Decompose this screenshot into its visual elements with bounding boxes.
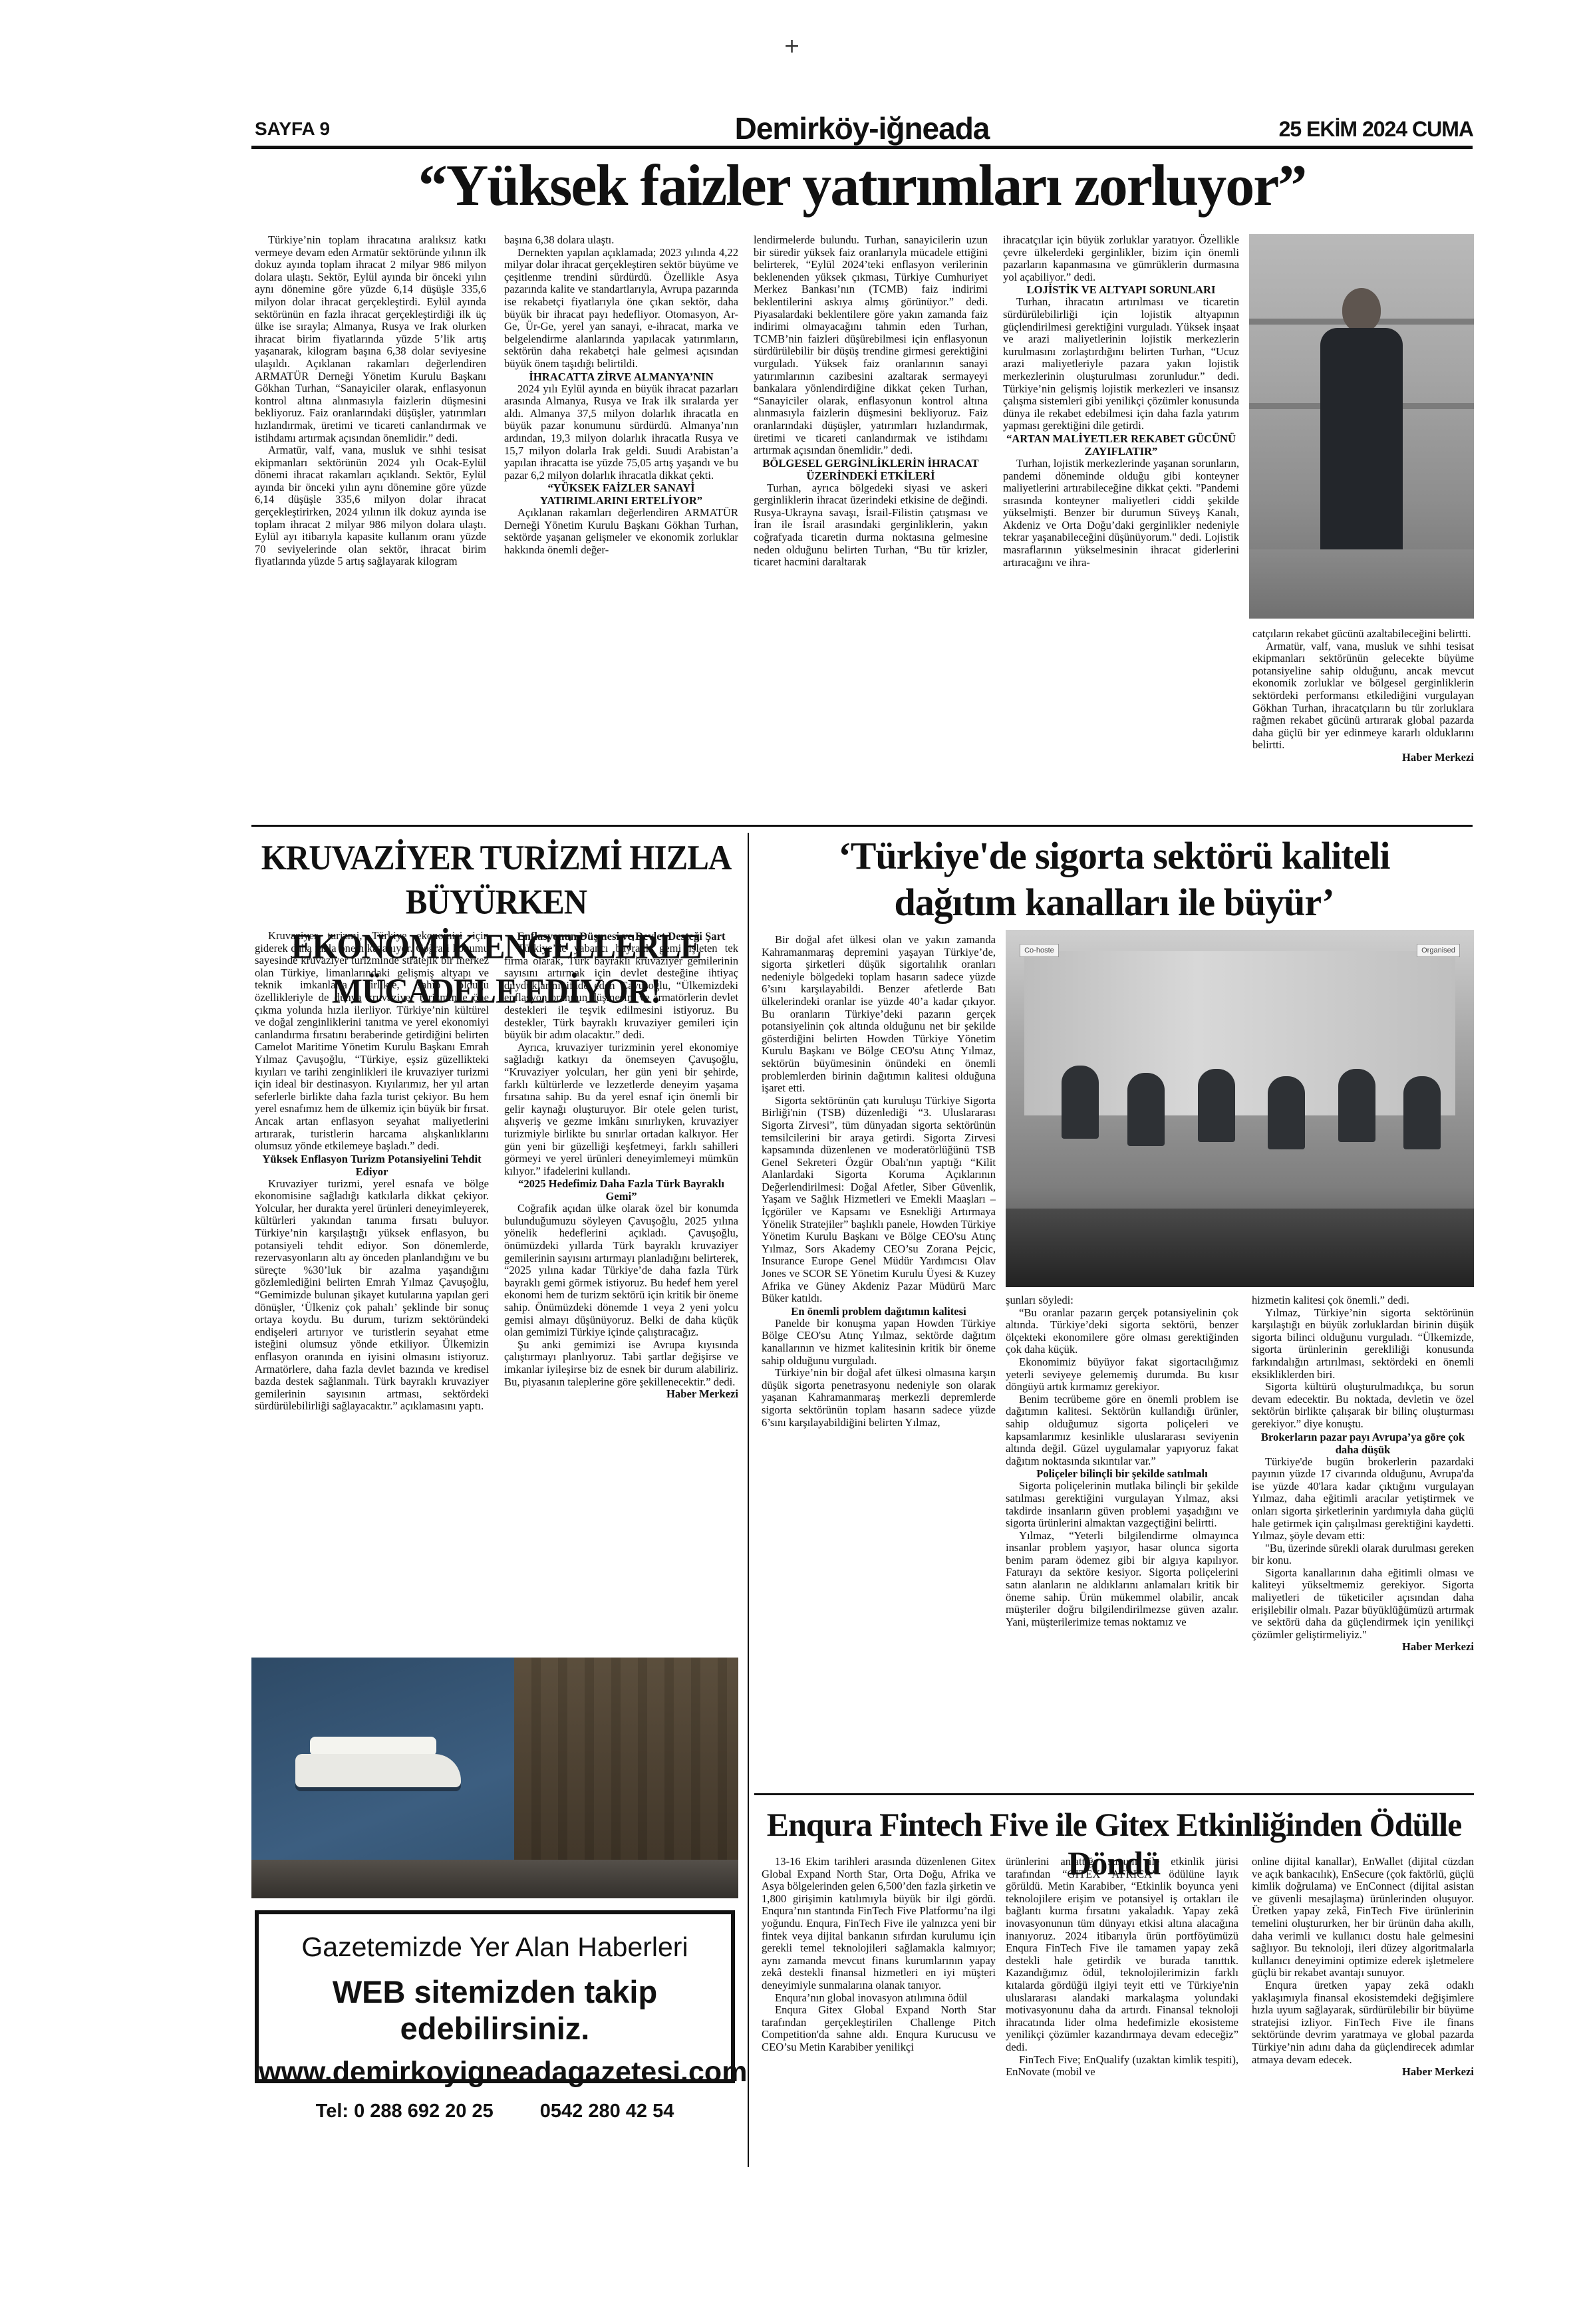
paragraph: Yılmaz, Türkiye’nin sigorta sektörünün k…: [1252, 1307, 1474, 1381]
paragraph: Sigorta kültürü oluşturulmadıkça, bu sor…: [1252, 1381, 1474, 1430]
subhead: LOJİSTİK VE ALTYAPI SORUNLARI: [1003, 283, 1239, 296]
stage-floor: [1006, 1209, 1474, 1287]
insurance-headline-line2: dağıtım kanalları ile büyür’: [754, 879, 1474, 926]
paragraph: Armatür, valf, vana, musluk ve sıhhi tes…: [255, 444, 486, 568]
paragraph: 13-16 Ekim tarihleri arasında düzenlenen…: [762, 1856, 996, 1992]
enqura-column-1: 13-16 Ekim tarihleri arasında düzenlenen…: [762, 1856, 996, 2303]
phone-1: Tel: 0 288 692 20 25: [316, 2101, 494, 2122]
paragraph: Yılmaz, “Yeterli bilgilendirme olmayınca…: [1006, 1530, 1238, 1629]
subhead: BÖLGESEL GERGİNLİKLERİN İHRACAT ÜZERİNDE…: [754, 457, 988, 482]
paragraph: Sigorta poliçelerinin mutlaka bilinçli b…: [1006, 1480, 1238, 1529]
paragraph: Enqura’nın global inovasyon atılımına öd…: [762, 1992, 996, 2005]
faiz-column-1: Türkiye’nin toplam ihracatına aralıksız …: [255, 234, 486, 821]
website-promo-box: Gazetemizde Yer Alan Haberleri WEB sitem…: [255, 1910, 735, 2083]
paragraph: Turhan, ayrıca bölgedeki siyasi ve asker…: [754, 482, 988, 569]
panelist-silhouette: [1127, 1073, 1165, 1146]
paragraph: Coğrafik açıdan ülke olarak özel bir kon…: [504, 1203, 738, 1339]
cruise-port-photo: [251, 1658, 738, 1898]
insurance-headline: ‘Türkiye'de sigorta sektörü kaliteli dağ…: [754, 833, 1474, 926]
subhead: İHRACATTA ZİRVE ALMANYA’NIN: [504, 370, 738, 383]
paragraph: Ayrıca, kruvaziyer turizminin yerel ekon…: [504, 1042, 738, 1178]
phone-2: 0542 280 42 54: [540, 2101, 674, 2122]
paragraph: Ekonomimiz büyüyor fakat sigortacılığımı…: [1006, 1356, 1238, 1393]
paragraph: lendirmelerde bulundu. Turhan, sanayicil…: [754, 234, 988, 457]
paragraph: Benim tecrübeme göre en önemli problem i…: [1006, 1393, 1238, 1468]
faiz-column-2: başına 6,38 dolara ulaştı.Dernekten yapı…: [504, 234, 738, 821]
paragraph: Turhan, ihracatın artırılması ve ticaret…: [1003, 296, 1239, 432]
byline: Haber Merkezi: [1252, 1641, 1474, 1654]
enqura-column-2: ürünlerini anlattığı sunum ile etkinlik …: [1006, 1856, 1238, 2303]
paragraph: Bir doğal afet ülkesi olan ve yakın zama…: [762, 934, 996, 1095]
insurance-column-2: şunları söyledi:“Bu oranlar pazarın gerç…: [1006, 1294, 1238, 1777]
paragraph: Enqura Gitex Global Expand North Star ta…: [762, 2004, 996, 2053]
cruise-headline-line1: KRUVAZİYER TURİZMİ HIZLA BÜYÜRKEN: [251, 835, 741, 925]
enqura-column-3: online dijital kanallar), EnWallet (diji…: [1252, 1856, 1474, 2303]
subhead: Enflasyonun Düşmesi ve Devlet Desteği Şa…: [504, 930, 738, 943]
insurance-panel-photo: Co-hoste Organised: [1006, 930, 1474, 1287]
armatur-chairman-photo: [1249, 234, 1474, 619]
paragraph: Enqura üretken yapay zekâ odaklı yaklaşı…: [1252, 1979, 1474, 2066]
paragraph: Panelde bir konuşma yapan Howden Türkiye…: [762, 1318, 996, 1367]
paragraph: Türkiye'de bugün brokerlerin pazardaki p…: [1252, 1456, 1474, 1542]
paragraph: Turhan, lojistik merkezlerinde yaşanan s…: [1003, 458, 1239, 569]
paragraph: “Bu oranlar pazarın gerçek potansiyelini…: [1006, 1307, 1238, 1356]
quay-area: [251, 1860, 738, 1898]
panel-badge-organiser: Organised: [1417, 944, 1460, 957]
paragraph: hizmetin kalitesi çok önemli.” dedi.: [1252, 1294, 1474, 1307]
paragraph: Dernekten yapılan açıklamada; 2023 yılın…: [504, 247, 738, 370]
promo-line-1: Gazetemizde Yer Alan Haberleri: [259, 1932, 731, 1963]
paragraph: catçıların rekabet gücünü azaltabileceği…: [1252, 628, 1474, 641]
section-divider-rule: [251, 825, 1473, 827]
panel-badge-cohost: Co-hoste: [1020, 944, 1059, 957]
enqura-top-rule: [754, 1793, 1474, 1795]
panelist-silhouette: [1198, 1069, 1235, 1142]
paragraph: ürünlerini anlattığı sunum ile etkinlik …: [1006, 1856, 1238, 2054]
cruise-ship: [295, 1754, 461, 1788]
subhead: Yüksek Enflasyon Turizm Potansiyelini Te…: [255, 1153, 489, 1178]
paragraph: şunları söyledi:: [1006, 1294, 1238, 1307]
panelist-silhouette: [1062, 1066, 1099, 1139]
paragraph: Kruvaziyer turizmi, Türkiye ekonomisi iç…: [255, 930, 489, 1153]
insurance-column-1: Bir doğal afet ülkesi olan ve yakın zama…: [762, 934, 996, 1777]
main-headline: “Yüksek faizler yatırımları zorluyor”: [251, 157, 1473, 216]
subhead: “YÜKSEK FAİZLER SANAYİ YATIRIMLARINI ERT…: [504, 482, 738, 507]
byline: Haber Merkezi: [1252, 2066, 1474, 2079]
photo-floor: [1249, 549, 1474, 619]
promo-line-2: WEB sitemizden takip edebilirsiniz.: [259, 1973, 731, 2047]
paragraph: Kruvaziyer turizmi, yerel esnafa ve bölg…: [255, 1178, 489, 1413]
paragraph: başına 6,38 dolara ulaştı.: [504, 234, 738, 247]
paragraph: Türkiye’nin toplam ihracatına aralıksız …: [255, 234, 486, 444]
paragraph: Sigorta sektörünün çatı kuruluşu Türkiye…: [762, 1095, 996, 1305]
website-url: www.demirkoyigneadagazetesi.com: [259, 2056, 731, 2089]
subhead: Brokerların pazar payı Avrupa’ya göre ço…: [1252, 1431, 1474, 1456]
subhead: En önemli problem dağıtımın kalitesi: [762, 1305, 996, 1318]
faiz-column-5: catçıların rekabet gücünü azaltabileceği…: [1252, 628, 1474, 822]
header-rule: [251, 146, 1473, 149]
paragraph: FinTech Five; EnQualify (uzaktan kimlik …: [1006, 2054, 1238, 2079]
panelist-silhouette: [1403, 1076, 1441, 1149]
paragraph: ihracatçılar için büyük zorluklar yaratı…: [1003, 234, 1239, 283]
paragraph: Şu anki gemimizi ise Avrupa kıyısında ça…: [504, 1339, 738, 1388]
phone-numbers: Tel: 0 288 692 20 25 0542 280 42 54: [259, 2101, 731, 2122]
paragraph: online dijital kanallar), EnWallet (diji…: [1252, 1856, 1474, 1979]
faiz-column-4: ihracatçılar için büyük zorluklar yaratı…: [1003, 234, 1239, 821]
panelist-silhouette: [1268, 1076, 1305, 1149]
paragraph: Türkiye’nin bir doğal afet ülkesi olması…: [762, 1367, 996, 1429]
subhead: “ARTAN MALİYETLER REKABET GÜCÜNÜ ZAYIFLA…: [1003, 432, 1239, 458]
fold-mark: +: [784, 35, 800, 58]
paragraph: "Bu, üzerinde sürekli olarak durulması g…: [1252, 1542, 1474, 1567]
insurance-column-3: hizmetin kalitesi çok önemli.” dedi.Yılm…: [1252, 1294, 1474, 1777]
faiz-column-3: lendirmelerde bulundu. Turhan, sanayicil…: [754, 234, 988, 821]
dateline: 25 EKİM 2024 CUMA: [1279, 117, 1473, 142]
insurance-headline-line1: ‘Türkiye'de sigorta sektörü kaliteli: [754, 833, 1474, 879]
newspaper-page: + SAYFA 9 Demirköy-iğneada 25 EKİM 2024 …: [0, 0, 1581, 2324]
byline: Haber Merkezi: [504, 1388, 738, 1401]
subhead: “2025 Hedefimiz Daha Fazla Türk Bayraklı…: [504, 1177, 738, 1203]
byline: Haber Merkezi: [1252, 752, 1474, 764]
paragraph: Açıklanan rakamları değerlendiren ARMATÜ…: [504, 507, 738, 556]
paragraph: 2024 yılı Eylül ayında en büyük ihracat …: [504, 383, 738, 482]
cruise-column-1: Kruvaziyer turizmi, Türkiye ekonomisi iç…: [255, 930, 489, 1654]
cruise-column-2: Enflasyonun Düşmesi ve Devlet Desteği Şa…: [504, 930, 738, 1654]
subhead: Poliçeler bilinçli bir şekilde satılmalı: [1006, 1467, 1238, 1480]
paragraph: Türkiye’de yabancı bayraklı gemi işleten…: [504, 943, 738, 1042]
paragraph: Armatür, valf, vana, musluk ve sıhhi tes…: [1252, 641, 1474, 752]
panelist-silhouette: [1338, 1069, 1375, 1142]
vertical-column-rule: [748, 833, 749, 2167]
paragraph: Sigorta kanallarının daha eğitimli olmas…: [1252, 1567, 1474, 1642]
